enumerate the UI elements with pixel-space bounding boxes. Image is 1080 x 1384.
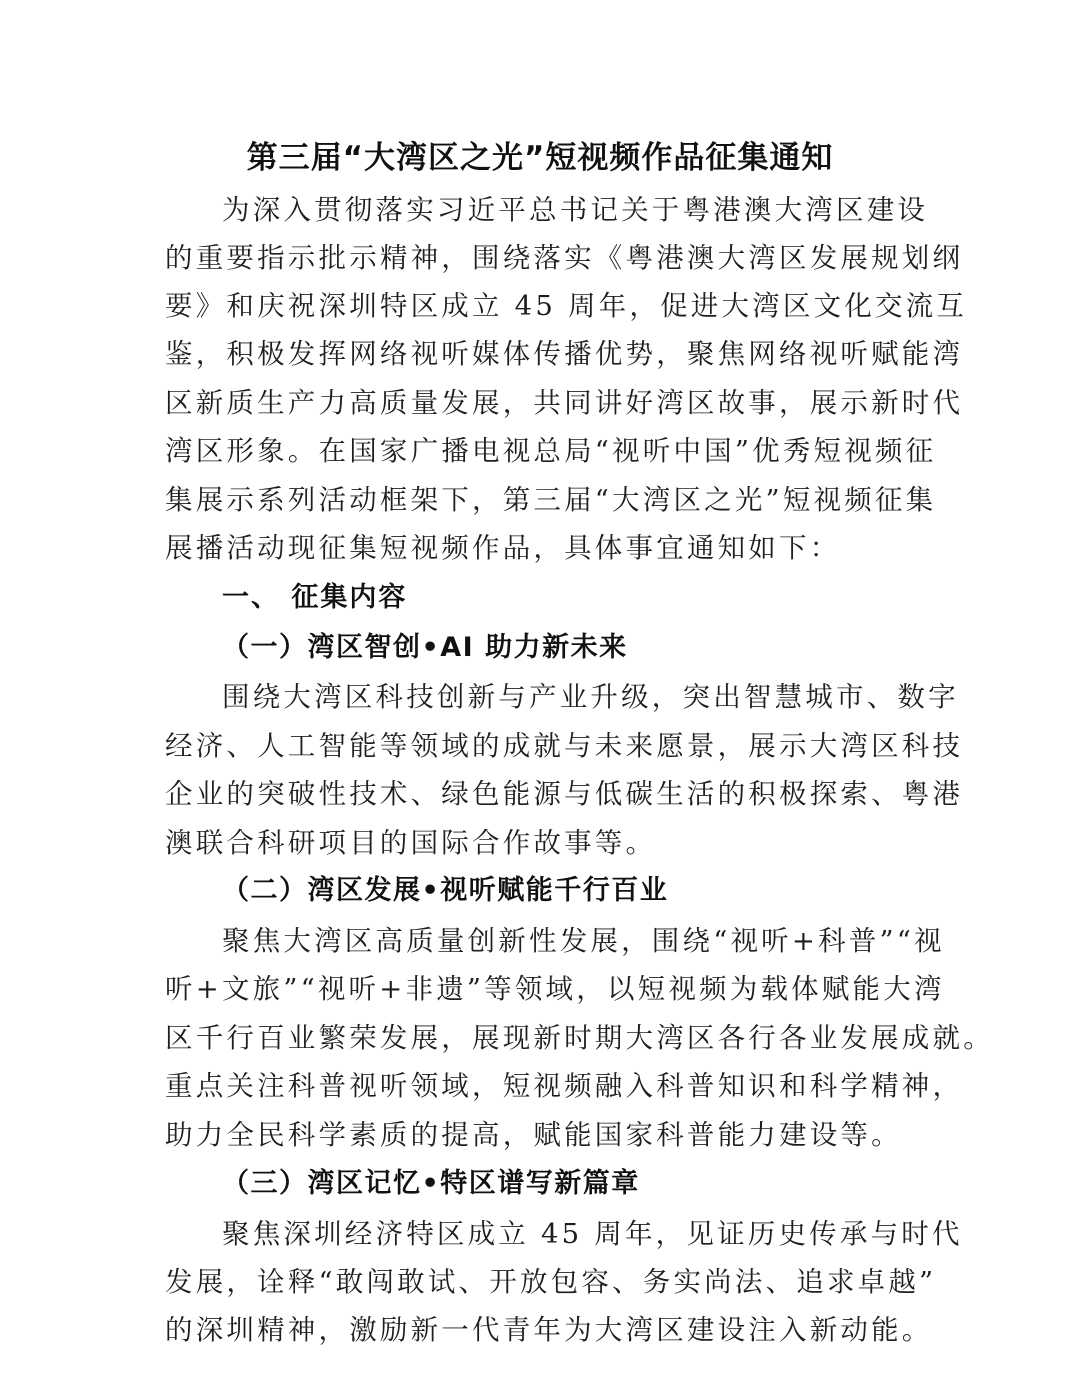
paragraph-line: 围绕大湾区科技创新与产业升级，突出智慧城市、数字 <box>222 673 982 721</box>
paragraph-line: 区千行百业繁荣发展，展现新时期大湾区各行各业发展成就。 <box>165 1014 925 1062</box>
paragraph-line: 听+文旅”“视听+非遗”等领域，以短视频为载体赋能大湾 <box>165 965 925 1013</box>
paragraph-line: 区新质生产力高质量发展，共同讲好湾区故事，展示新时代 <box>165 379 925 427</box>
paragraph-line: 发展，诠释“敢闯敢试、开放包容、务实尚法、追求卓越” <box>165 1258 925 1306</box>
document-title: 第三届“大湾区之光”短视频作品征集通知 <box>0 136 1080 180</box>
paragraph-line: 鉴，积极发挥网络视听媒体传播优势，聚焦网络视听赋能湾 <box>165 330 925 378</box>
paragraph-line: 展播活动现征集短视频作品，具体事宜通知如下： <box>165 524 925 572</box>
paragraph-line: 聚焦大湾区高质量创新性发展，围绕“视听+科普”“视 <box>222 917 982 965</box>
paragraph-line: 的重要指示批示精神，围绕落实《粤港澳大湾区发展规划纲 <box>165 234 925 282</box>
paragraph-line: 经济、人工智能等领域的成就与未来愿景，展示大湾区科技 <box>165 722 925 770</box>
subsection-heading: （一）湾区智创•AI 助力新未来 <box>222 624 982 672</box>
subsection-heading: （二）湾区发展•视听赋能千行百业 <box>222 867 982 915</box>
paragraph-line: 的深圳精神，激励新一代青年为大湾区建设注入新动能。 <box>165 1306 925 1354</box>
paragraph-line: 企业的突破性技术、绿色能源与低碳生活的积极探索、粤港 <box>165 770 925 818</box>
paragraph-line: 集展示系列活动框架下，第三届“大湾区之光”短视频征集 <box>165 476 925 524</box>
paragraph-line: 澳联合科研项目的国际合作故事等。 <box>165 819 925 867</box>
paragraph-line: 聚焦深圳经济特区成立 45 周年，见证历史传承与时代 <box>222 1210 982 1258</box>
paragraph-line: 湾区形象。在国家广播电视总局“视听中国”优秀短视频征 <box>165 427 925 475</box>
section-heading: 一、 征集内容 <box>222 574 982 622</box>
paragraph-line: 要》和庆祝深圳特区成立 45 周年，促进大湾区文化交流互 <box>165 282 925 330</box>
paragraph-line: 重点关注科普视听领域，短视频融入科普知识和科学精神， <box>165 1062 925 1110</box>
subsection-heading: （三）湾区记忆•特区谱写新篇章 <box>222 1160 982 1208</box>
document-page: 第三届“大湾区之光”短视频作品征集通知 为深入贯彻落实习近平总书记关于粤港澳大湾… <box>0 0 1080 1384</box>
paragraph-line: 为深入贯彻落实习近平总书记关于粤港澳大湾区建设 <box>222 186 982 234</box>
paragraph-line: 助力全民科学素质的提高，赋能国家科普能力建设等。 <box>165 1111 925 1159</box>
